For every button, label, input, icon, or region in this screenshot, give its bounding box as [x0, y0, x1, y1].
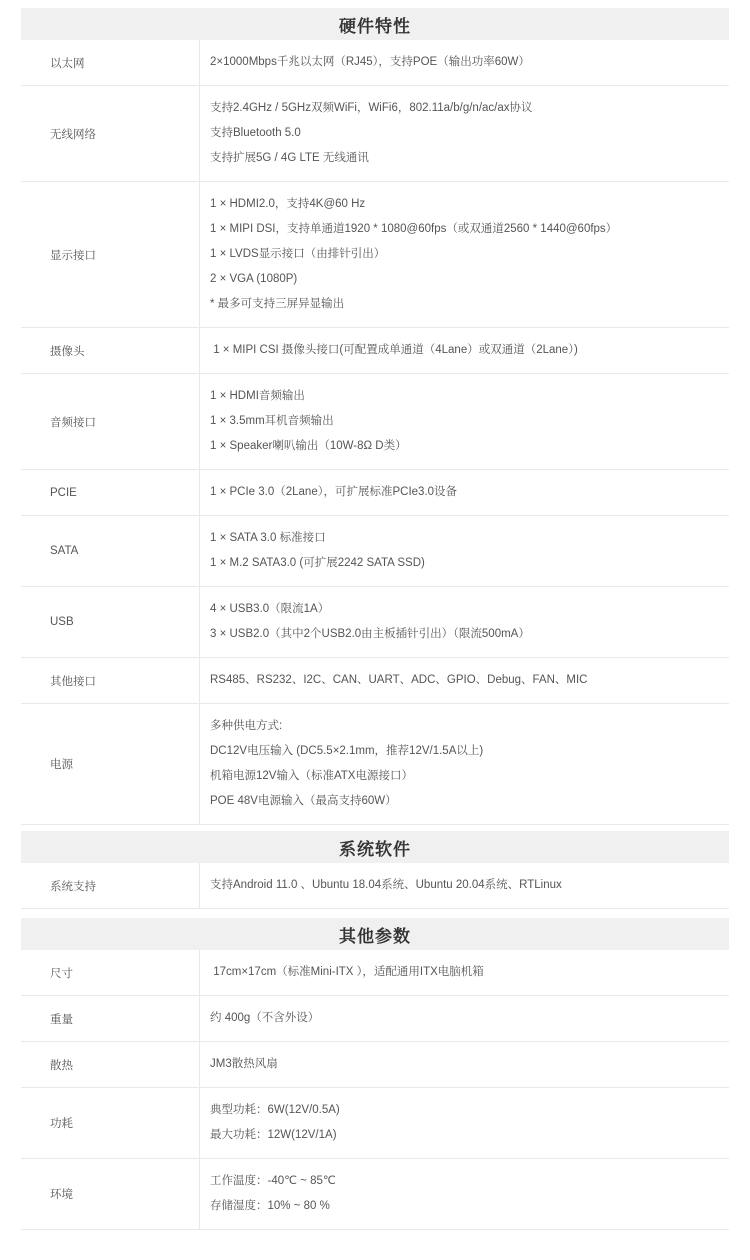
row-label: 散热: [21, 1042, 200, 1087]
row-values: 支持2.4GHz / 5GHz双频WiFi，WiFi6，802.11a/b/g/…: [200, 86, 729, 181]
row-values: 4 × USB3.0（限流1A）3 × USB2.0（其中2个USB2.0由主板…: [200, 587, 729, 657]
row-label: 音频接口: [21, 374, 200, 469]
row-values: 17cm×17cm（标准Mini-ITX ），适配通用ITX电脑机箱: [200, 950, 729, 995]
section-rows: 以太网 2×1000Mbps千兆以太网（RJ45），支持POE（输出功率60W）…: [21, 40, 729, 825]
spec-page: 硬件特性 以太网 2×1000Mbps千兆以太网（RJ45），支持POE（输出功…: [0, 0, 750, 1260]
row-values: 支持Android 11.0 、Ubuntu 18.04系统、Ubuntu 20…: [200, 863, 729, 908]
section-header: 硬件特性: [21, 8, 729, 40]
spec-row: 显示接口 1 × HDMI2.0，支持4K@60 Hz1 × MIPI DSI，…: [21, 182, 729, 328]
section-header: 系统软件: [21, 831, 729, 863]
spec-value-line: 1 × MIPI DSI，支持单通道1920 * 1080@60fps（或双通道…: [210, 217, 715, 242]
row-values: 1 × MIPI CSI 摄像头接口(可配置成单通道（4Lane）或双通道（2L…: [200, 328, 729, 373]
section-title: 系统软件: [339, 835, 411, 860]
spec-value-line: 1 × 3.5mm耳机音频输出: [210, 409, 715, 434]
spec-row: 散热 JM3散热风扇: [21, 1042, 729, 1088]
row-values: 典型功耗：6W(12V/0.5A)最大功耗：12W(12V/1A): [200, 1088, 729, 1158]
spec-value-line: 支持扩展5G / 4G LTE 无线通讯: [210, 146, 715, 171]
spec-value-line: 多种供电方式:: [210, 714, 715, 739]
spec-row: 重量 约 400g（不含外设）: [21, 996, 729, 1042]
spec-value-line: 约 400g（不含外设）: [210, 1006, 715, 1031]
row-values: JM3散热风扇: [200, 1042, 729, 1087]
row-label: 以太网: [21, 40, 200, 85]
spec-row: USB 4 × USB3.0（限流1A）3 × USB2.0（其中2个USB2.…: [21, 587, 729, 658]
spec-value-line: 2×1000Mbps千兆以太网（RJ45），支持POE（输出功率60W）: [210, 50, 715, 75]
spec-value-line: 存储湿度：10% ~ 80 %: [210, 1194, 715, 1219]
row-label: 摄像头: [21, 328, 200, 373]
spec-value-line: 1 × HDMI音频输出: [210, 384, 715, 409]
row-label: 尺寸: [21, 950, 200, 995]
row-values: 1 × HDMI2.0，支持4K@60 Hz1 × MIPI DSI，支持单通道…: [200, 182, 729, 327]
row-values: 工作温度：-40℃ ~ 85℃存储湿度：10% ~ 80 %: [200, 1159, 729, 1229]
spec-value-line: 17cm×17cm（标准Mini-ITX ），适配通用ITX电脑机箱: [210, 960, 715, 985]
spec-row: 环境 工作温度：-40℃ ~ 85℃存储湿度：10% ~ 80 %: [21, 1159, 729, 1230]
spec-value-line: 1 × Speaker喇叭输出（10W-8Ω D类）: [210, 434, 715, 459]
spec-value-line: 4 × USB3.0（限流1A）: [210, 597, 715, 622]
row-label: 电源: [21, 704, 200, 824]
spec-row: 系统支持 支持Android 11.0 、Ubuntu 18.04系统、Ubun…: [21, 863, 729, 909]
spec-value-line: 1 × PCIe 3.0（2Lane），可扩展标准PCIe3.0设备: [210, 480, 715, 505]
spec-section: 系统软件 系统支持 支持Android 11.0 、Ubuntu 18.04系统…: [21, 831, 729, 909]
spec-row: SATA 1 × SATA 3.0 标准接口1 × M.2 SATA3.0 (可…: [21, 516, 729, 587]
row-values: 1 × SATA 3.0 标准接口1 × M.2 SATA3.0 (可扩展224…: [200, 516, 729, 586]
row-label: 无线网络: [21, 86, 200, 181]
spec-value-line: * 最多可支持三屏异显输出: [210, 292, 715, 317]
row-label: 环境: [21, 1159, 200, 1229]
spec-row: 功耗 典型功耗：6W(12V/0.5A)最大功耗：12W(12V/1A): [21, 1088, 729, 1159]
spec-row: 以太网 2×1000Mbps千兆以太网（RJ45），支持POE（输出功率60W）: [21, 40, 729, 86]
row-values: 1 × HDMI音频输出1 × 3.5mm耳机音频输出1 × Speaker喇叭…: [200, 374, 729, 469]
spec-value-line: 支持2.4GHz / 5GHz双频WiFi，WiFi6，802.11a/b/g/…: [210, 96, 715, 121]
spec-value-line: 机箱电源12V输入（标准ATX电源接口）: [210, 764, 715, 789]
spec-section: 硬件特性 以太网 2×1000Mbps千兆以太网（RJ45），支持POE（输出功…: [21, 8, 729, 825]
row-label: 系统支持: [21, 863, 200, 908]
row-values: 1 × PCIe 3.0（2Lane），可扩展标准PCIe3.0设备: [200, 470, 729, 515]
spec-value-line: 最大功耗：12W(12V/1A): [210, 1123, 715, 1148]
spec-row: 无线网络 支持2.4GHz / 5GHz双频WiFi，WiFi6，802.11a…: [21, 86, 729, 182]
spec-value-line: RS485、RS232、I2C、CAN、UART、ADC、GPIO、Debug、…: [210, 668, 715, 693]
spec-row: 摄像头 1 × MIPI CSI 摄像头接口(可配置成单通道（4Lane）或双通…: [21, 328, 729, 374]
spec-value-line: 1 × SATA 3.0 标准接口: [210, 526, 715, 551]
spec-row: 其他接口 RS485、RS232、I2C、CAN、UART、ADC、GPIO、D…: [21, 658, 729, 704]
spec-value-line: 工作温度：-40℃ ~ 85℃: [210, 1169, 715, 1194]
spec-value-line: 1 × HDMI2.0，支持4K@60 Hz: [210, 192, 715, 217]
spec-value-line: 1 × MIPI CSI 摄像头接口(可配置成单通道（4Lane）或双通道（2L…: [210, 338, 715, 363]
spec-value-line: 支持Android 11.0 、Ubuntu 18.04系统、Ubuntu 20…: [210, 873, 715, 898]
row-values: 2×1000Mbps千兆以太网（RJ45），支持POE（输出功率60W）: [200, 40, 729, 85]
row-label: USB: [21, 587, 200, 657]
section-rows: 尺寸 17cm×17cm（标准Mini-ITX ），适配通用ITX电脑机箱 重量…: [21, 950, 729, 1230]
row-label: 功耗: [21, 1088, 200, 1158]
spec-value-line: 1 × LVDS显示接口（由排针引出）: [210, 242, 715, 267]
row-label: 重量: [21, 996, 200, 1041]
section-header: 其他参数: [21, 918, 729, 950]
spec-row: 电源 多种供电方式:DC12V电压输入 (DC5.5×2.1mm，推荐12V/1…: [21, 704, 729, 825]
spec-section: 其他参数 尺寸 17cm×17cm（标准Mini-ITX ），适配通用ITX电脑…: [21, 918, 729, 1230]
spec-row: PCIE 1 × PCIe 3.0（2Lane），可扩展标准PCIe3.0设备: [21, 470, 729, 516]
row-label: 显示接口: [21, 182, 200, 327]
spec-sections: 硬件特性 以太网 2×1000Mbps千兆以太网（RJ45），支持POE（输出功…: [21, 8, 729, 1230]
spec-value-line: DC12V电压输入 (DC5.5×2.1mm，推荐12V/1.5A以上): [210, 739, 715, 764]
row-values: 约 400g（不含外设）: [200, 996, 729, 1041]
row-label: SATA: [21, 516, 200, 586]
row-label: PCIE: [21, 470, 200, 515]
row-values: 多种供电方式:DC12V电压输入 (DC5.5×2.1mm，推荐12V/1.5A…: [200, 704, 729, 824]
row-label: 其他接口: [21, 658, 200, 703]
spec-row: 尺寸 17cm×17cm（标准Mini-ITX ），适配通用ITX电脑机箱: [21, 950, 729, 996]
spec-value-line: 1 × M.2 SATA3.0 (可扩展2242 SATA SSD): [210, 551, 715, 576]
section-title: 硬件特性: [339, 12, 411, 37]
spec-value-line: 3 × USB2.0（其中2个USB2.0由主板插针引出）（限流500mA）: [210, 622, 715, 647]
spec-value-line: 支持Bluetooth 5.0: [210, 121, 715, 146]
spec-value-line: 典型功耗：6W(12V/0.5A): [210, 1098, 715, 1123]
section-title: 其他参数: [339, 922, 411, 947]
spec-value-line: JM3散热风扇: [210, 1052, 715, 1077]
spec-value-line: 2 × VGA (1080P): [210, 267, 715, 292]
spec-value-line: POE 48V电源输入（最高支持60W）: [210, 789, 715, 814]
section-rows: 系统支持 支持Android 11.0 、Ubuntu 18.04系统、Ubun…: [21, 863, 729, 909]
spec-row: 音频接口 1 × HDMI音频输出1 × 3.5mm耳机音频输出1 × Spea…: [21, 374, 729, 470]
row-values: RS485、RS232、I2C、CAN、UART、ADC、GPIO、Debug、…: [200, 658, 729, 703]
